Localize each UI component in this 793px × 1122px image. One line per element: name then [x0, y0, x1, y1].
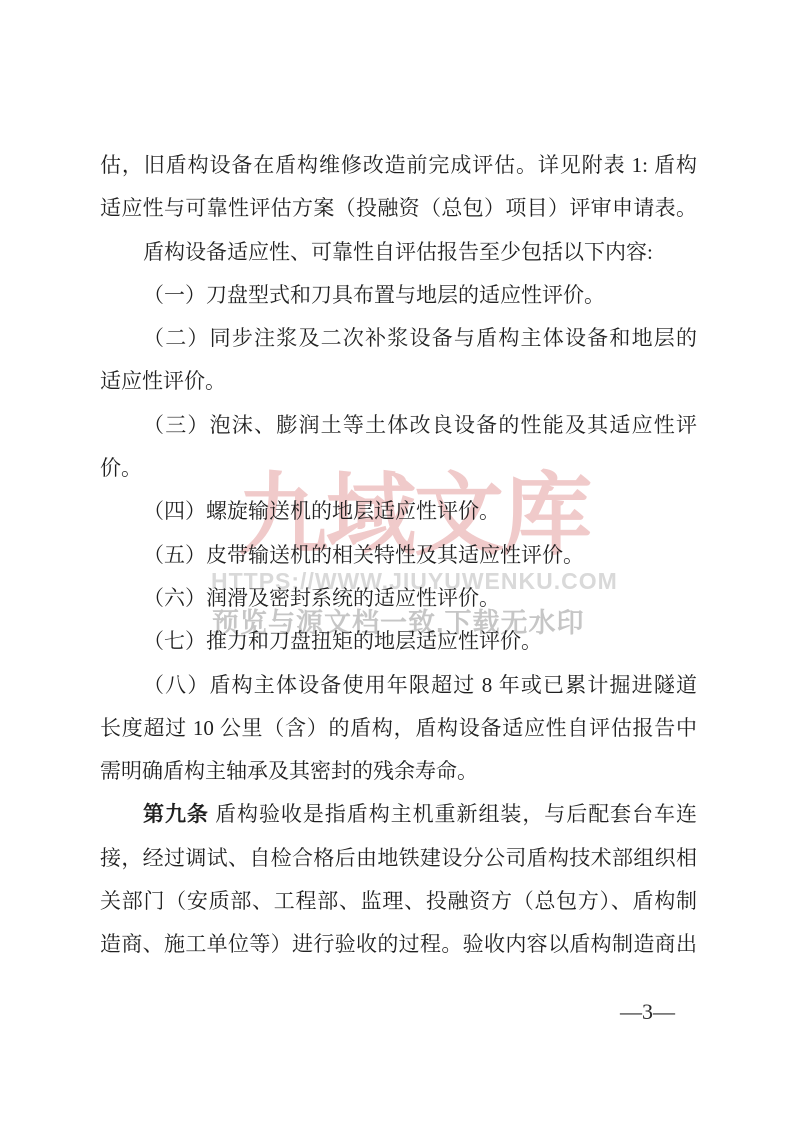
article-number-bold: 第九条: [143, 802, 215, 826]
text-line: 接，经过调试、自检合格后由地铁建设分公司盾构技术部组织相: [100, 837, 697, 880]
document-body: 估，旧盾构设备在盾构维修改造前完成评估。详见附表 1: 盾构适应性与可靠性评估方…: [100, 144, 697, 967]
text-line: 关部门（安质部、工程部、监理、投融资方（总包方）、盾构制: [100, 880, 697, 923]
text-line: （五）皮带输送机的相关特性及其适应性评价。: [100, 534, 697, 577]
text-line: 造商、施工单位等）进行验收的过程。验收内容以盾构制造商出: [100, 923, 697, 966]
page-number: —3—: [620, 1000, 675, 1024]
text-line: （八）盾构主体设备使用年限超过 8 年或已累计掘进隧道: [100, 664, 697, 707]
text-line: 长度超过 10 公里（含）的盾构，盾构设备适应性自评估报告中: [100, 707, 697, 750]
document-page: 九域文库 HTTPS://WWW.JIUYUWENKU.COM 预览与源文档一致…: [0, 0, 793, 1122]
text-line: （三）泡沫、膨润土等土体改良设备的性能及其适应性评: [100, 404, 697, 447]
text-line: （一）刀盘型式和刀具布置与地层的适应性评价。: [100, 274, 697, 317]
text-line: 估，旧盾构设备在盾构维修改造前完成评估。详见附表 1: 盾构: [100, 144, 697, 187]
text-line: 价。: [100, 447, 697, 490]
text-line: （二）同步注浆及二次补浆设备与盾构主体设备和地层的: [100, 317, 697, 360]
text-line: 适应性评价。: [100, 360, 697, 403]
text-line: 需明确盾构主轴承及其密封的残余寿命。: [100, 750, 697, 793]
text-line: （六）润滑及密封系统的适应性评价。: [100, 577, 697, 620]
text-line: （四）螺旋输送机的地层适应性评价。: [100, 490, 697, 533]
text-line: 适应性与可靠性评估方案（投融资（总包）项目）评审申请表。: [100, 187, 697, 230]
text-line: 盾构设备适应性、可靠性自评估报告至少包括以下内容:: [100, 231, 697, 274]
text-line: 第九条 盾构验收是指盾构主机重新组装，与后配套台车连: [100, 793, 697, 836]
text-line: （七）推力和刀盘扭矩的地层适应性评价。: [100, 620, 697, 663]
